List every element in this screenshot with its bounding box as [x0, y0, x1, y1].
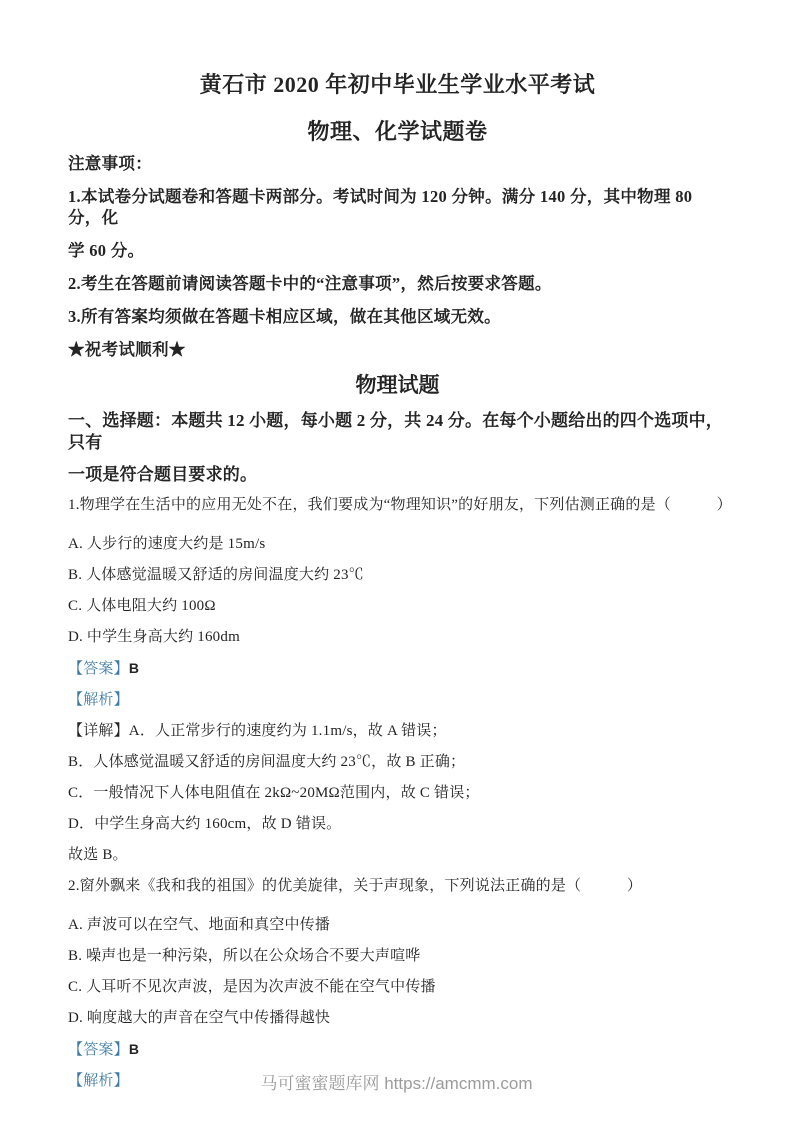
question-2-option-b: B. 噪声也是一种污染，所以在公众场合不要大声喧哗 [68, 947, 727, 966]
notice-item-1-wrap: 学 60 分。 [68, 240, 727, 261]
question-2-option-a: A. 声波可以在空气、地面和真空中传播 [68, 916, 727, 935]
notice-heading: 注意事项： [68, 153, 727, 174]
watermark-text: 马可蜜蜜题库网 https://amcmm.com [0, 1069, 793, 1094]
exam-subtitle: 物理、化学试题卷 [68, 119, 727, 145]
answer-value: B [129, 660, 139, 676]
question-1-conclusion: 故选 B。 [68, 846, 727, 865]
question-1-detail-2: B．人体感觉温暖又舒适的房间温度大约 23℃，故 B 正确； [68, 753, 727, 772]
answer-label: 【答案】 [68, 661, 129, 677]
question-1-analysis-row: 【解析】 [68, 691, 727, 710]
question-1-option-d: D. 中学生身高大约 160dm [68, 628, 727, 647]
exam-document-page: 黄石市 2020 年初中毕业生学业水平考试 物理、化学试题卷 注意事项： 1.本… [0, 0, 793, 1122]
exam-title: 黄石市 2020 年初中毕业生学业水平考试 [68, 72, 727, 98]
question-1-detail-4: D．中学生身高大约 160cm，故 D 错误。 [68, 815, 727, 834]
analysis-label: 【解析】 [68, 692, 129, 708]
section-intro-line-1: 一、选择题：本题共 12 小题，每小题 2 分，共 24 分。在每个小题给出的四… [68, 410, 727, 454]
section-intro-line-2: 一项是符合题目要求的。 [68, 464, 727, 486]
question-2-answer-row: 【答案】B [68, 1040, 727, 1060]
question-2-option-c: C. 人耳听不见次声波，是因为次声波不能在空气中传播 [68, 978, 727, 997]
question-2-stem: 2.窗外飘来《我和我的祖国》的优美旋律，关于声现象，下列说法正确的是（ ） [68, 877, 727, 896]
notice-item-1: 1.本试卷分试题卷和答题卡两部分。考试时间为 120 分钟。满分 140 分，其… [68, 186, 727, 228]
question-1-detail-1: 【详解】A．人正常步行的速度约为 1.1m/s，故 A 错误； [68, 722, 727, 741]
question-1-stem: 1.物理学在生活中的应用无处不在，我们要成为“物理知识”的好朋友，下列估测正确的… [68, 496, 727, 515]
question-1-option-a: A. 人步行的速度大约是 15m/s [68, 535, 727, 554]
question-1-answer-row: 【答案】B [68, 659, 727, 679]
question-2-option-d: D. 响度越大的声音在空气中传播得越快 [68, 1009, 727, 1028]
answer-label: 【答案】 [68, 1042, 129, 1058]
answer-value: B [129, 1041, 139, 1057]
section-title-physics: 物理试题 [68, 372, 727, 398]
question-1-detail-3: C．一般情况下人体电阻值在 2kΩ~20MΩ范围内，故 C 错误； [68, 784, 727, 803]
notice-item-2: 2.考生在答题前请阅读答题卡中的“注意事项”，然后按要求答题。 [68, 273, 727, 294]
question-1-option-b: B. 人体感觉温暖又舒适的房间温度大约 23℃ [68, 566, 727, 585]
notice-item-3: 3.所有答案均须做在答题卡相应区域，做在其他区域无效。 [68, 306, 727, 327]
exam-wish: ★祝考试顺利★ [68, 339, 727, 360]
question-1-option-c: C. 人体电阻大约 100Ω [68, 597, 727, 616]
